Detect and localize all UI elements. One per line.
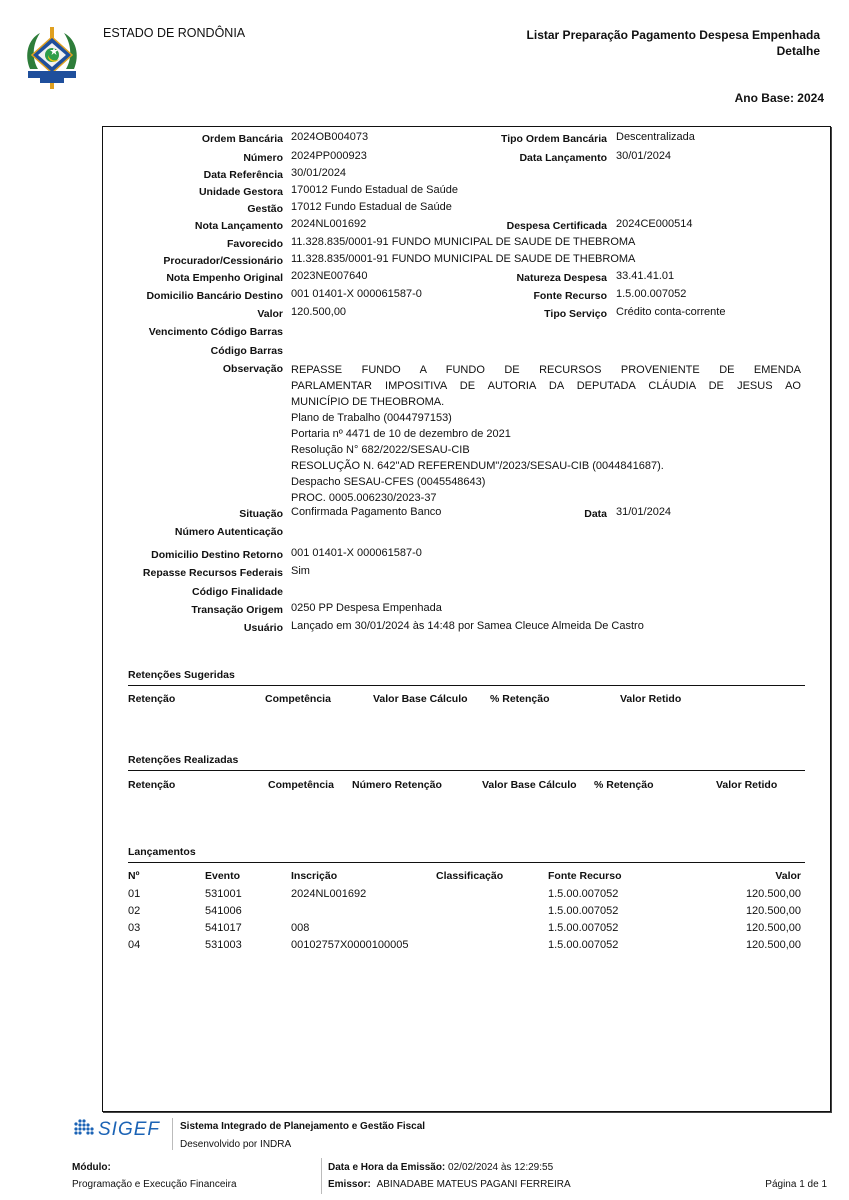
gestao-label: Gestão bbox=[247, 203, 283, 215]
gestao-value: 17012 Fundo Estadual de Saúde bbox=[291, 201, 452, 213]
data-referencia-label: Data Referência bbox=[204, 169, 283, 181]
system-name: Sistema Integrado de Planejamento e Gest… bbox=[180, 1121, 425, 1132]
emissor-label: Emissor: bbox=[328, 1179, 371, 1190]
column-header: Valor Base Cálculo bbox=[373, 693, 468, 705]
observacao-line: Plano de Trabalho (0044797153) bbox=[291, 410, 801, 426]
table-cell: 120.500,00 bbox=[746, 922, 801, 934]
favorecido-label: Favorecido bbox=[227, 238, 283, 250]
column-header: Retenção bbox=[128, 779, 175, 791]
state-name: ESTADO DE RONDÔNIA bbox=[103, 26, 245, 40]
observacao-line: PROC. 0005.006230/2023-37 bbox=[291, 490, 801, 506]
transacao-origem-value: 0250 PP Despesa Empenhada bbox=[291, 602, 442, 614]
footer-divider bbox=[321, 1158, 322, 1194]
table-cell: 008 bbox=[291, 922, 309, 934]
observacao-label: Observação bbox=[223, 363, 283, 375]
tipo-servico-label: Tipo Serviço bbox=[544, 308, 607, 320]
section-title: Retenções Realizadas bbox=[128, 754, 238, 766]
repasse-recursos-federais-label: Repasse Recursos Federais bbox=[143, 567, 283, 579]
despesa-certificada-value: 2024CE000514 bbox=[616, 218, 692, 230]
column-header: Competência bbox=[265, 693, 331, 705]
footer-divider bbox=[172, 1118, 173, 1150]
numero-autenticacao-label: Número Autenticação bbox=[175, 526, 283, 538]
tipo-ordem-bancaria-label: Tipo Ordem Bancária bbox=[501, 133, 607, 145]
report-title-main: Listar Preparação Pagamento Despesa Empe… bbox=[527, 27, 820, 43]
domicilio-destino-retorno-label: Domicilio Destino Retorno bbox=[151, 549, 283, 561]
emissor: Emissor: ABINADABE MATEUS PAGANI FERREIR… bbox=[328, 1179, 571, 1190]
column-header: Inscrição bbox=[291, 870, 337, 882]
data-label: Data bbox=[584, 508, 607, 520]
column-header: Competência bbox=[268, 779, 334, 791]
domicilio-destino-retorno-value: 001 01401-X 000061587-0 bbox=[291, 547, 422, 559]
section-title: Lançamentos bbox=[128, 846, 196, 858]
page-number: Página 1 de 1 bbox=[765, 1179, 827, 1190]
sigef-logo: SIGEF bbox=[72, 1116, 168, 1147]
data-referencia-value: 30/01/2024 bbox=[291, 167, 346, 179]
natureza-despesa-value: 33.41.41.01 bbox=[616, 270, 674, 282]
observacao-line: Resolução N° 682/2022/SESAU-CIB bbox=[291, 442, 801, 458]
procurador-label: Procurador/Cessionário bbox=[163, 255, 283, 267]
column-header: Valor bbox=[775, 870, 801, 882]
observacao-line: Portaria nº 4471 de 10 de dezembro de 20… bbox=[291, 426, 801, 442]
emissao: Data e Hora da Emissão: 02/02/2024 às 12… bbox=[328, 1162, 553, 1173]
modulo-value: Programação e Execução Financeira bbox=[72, 1179, 237, 1190]
report-title: Listar Preparação Pagamento Despesa Empe… bbox=[527, 27, 820, 59]
repasse-recursos-federais-value: Sim bbox=[291, 565, 310, 577]
column-header: Valor Retido bbox=[620, 693, 681, 705]
svg-text:SIGEF: SIGEF bbox=[98, 1119, 160, 1140]
table-cell: 541006 bbox=[205, 905, 242, 917]
nota-empenho-original-label: Nota Empenho Original bbox=[166, 272, 283, 284]
data-lancamento-label: Data Lançamento bbox=[519, 152, 607, 164]
nota-lancamento-label: Nota Lançamento bbox=[195, 220, 283, 232]
unidade-gestora-value: 170012 Fundo Estadual de Saúde bbox=[291, 184, 458, 196]
observacao-line: PARLAMENTAR IMPOSITIVA DE AUTORIA DA DEP… bbox=[291, 378, 801, 394]
table-cell: 1.5.00.007052 bbox=[548, 922, 618, 934]
unidade-gestora-label: Unidade Gestora bbox=[199, 186, 283, 198]
table-cell: 120.500,00 bbox=[746, 939, 801, 951]
column-header: Número Retenção bbox=[352, 779, 442, 791]
retencoes-sugeridas-section: Retenções Sugeridas bbox=[128, 669, 805, 681]
column-header: Valor Base Cálculo bbox=[482, 779, 577, 791]
column-header: Retenção bbox=[128, 693, 175, 705]
numero-value: 2024PP000923 bbox=[291, 150, 367, 162]
codigo-finalidade-label: Código Finalidade bbox=[192, 586, 283, 598]
observacao-line: REPASSE FUNDO A FUNDO DE RECURSOS PROVEN… bbox=[291, 362, 801, 378]
domicilio-bancario-destino-label: Domicilio Bancário Destino bbox=[146, 290, 283, 302]
fonte-recurso-label: Fonte Recurso bbox=[533, 290, 607, 302]
column-header: Nº bbox=[128, 870, 139, 882]
usuario-label: Usuário bbox=[244, 622, 283, 634]
emissao-label: Data e Hora da Emissão: bbox=[328, 1162, 445, 1173]
table-cell: 1.5.00.007052 bbox=[548, 905, 618, 917]
data-value: 31/01/2024 bbox=[616, 506, 671, 518]
observacao-line: RESOLUÇÃO N. 642"AD REFERENDUM"/2023/SES… bbox=[291, 458, 801, 474]
fonte-recurso-value: 1.5.00.007052 bbox=[616, 288, 686, 300]
table-cell: 02 bbox=[128, 905, 140, 917]
table-cell: 531001 bbox=[205, 888, 242, 900]
coat-of-arms-logo bbox=[22, 25, 82, 90]
lancamentos-section: Lançamentos bbox=[128, 846, 805, 858]
observacao-line: MUNICÍPIO DE THEOBROMA. bbox=[291, 394, 801, 410]
section-divider bbox=[128, 862, 805, 863]
situacao-value: Confirmada Pagamento Banco bbox=[291, 506, 441, 518]
codigo-barras-label: Código Barras bbox=[211, 345, 283, 357]
natureza-despesa-label: Natureza Despesa bbox=[517, 272, 607, 284]
observacao-line: Despacho SESAU-CFES (0045548643) bbox=[291, 474, 801, 490]
developed-by: Desenvolvido por INDRA bbox=[180, 1139, 291, 1150]
table-cell: 531003 bbox=[205, 939, 242, 951]
numero-label: Número bbox=[243, 152, 283, 164]
observacao-text: REPASSE FUNDO A FUNDO DE RECURSOS PROVEN… bbox=[291, 362, 801, 506]
valor-value: 120.500,00 bbox=[291, 306, 346, 318]
ordem-bancaria-label: Ordem Bancária bbox=[202, 133, 283, 145]
usuario-value: Lançado em 30/01/2024 às 14:48 por Samea… bbox=[291, 620, 644, 632]
report-title-sub: Detalhe bbox=[527, 43, 820, 59]
section-divider bbox=[128, 770, 805, 771]
data-lancamento-value: 30/01/2024 bbox=[616, 150, 671, 162]
table-cell: 1.5.00.007052 bbox=[548, 888, 618, 900]
retencoes-realizadas-section: Retenções Realizadas bbox=[128, 754, 805, 766]
table-cell: 541017 bbox=[205, 922, 242, 934]
vencimento-codigo-barras-label: Vencimento Código Barras bbox=[149, 326, 283, 338]
transacao-origem-label: Transação Origem bbox=[191, 604, 283, 616]
column-header: Evento bbox=[205, 870, 240, 882]
section-divider bbox=[128, 685, 805, 686]
valor-label: Valor bbox=[257, 308, 283, 320]
procurador-value: 11.328.835/0001-91 FUNDO MUNICIPAL DE SA… bbox=[291, 253, 635, 265]
situacao-label: Situação bbox=[239, 508, 283, 520]
table-cell: 120.500,00 bbox=[746, 888, 801, 900]
column-header: Fonte Recurso bbox=[548, 870, 622, 882]
table-cell: 01 bbox=[128, 888, 140, 900]
favorecido-value: 11.328.835/0001-91 FUNDO MUNICIPAL DE SA… bbox=[291, 236, 635, 248]
emissao-value: 02/02/2024 às 12:29:55 bbox=[448, 1162, 553, 1173]
ordem-bancaria-value: 2024OB004073 bbox=[291, 131, 368, 143]
modulo-label: Módulo: bbox=[72, 1162, 111, 1173]
nota-empenho-original-value: 2023NE007640 bbox=[291, 270, 367, 282]
column-header: Classificação bbox=[436, 870, 503, 882]
emissor-value: ABINADABE MATEUS PAGANI FERREIRA bbox=[377, 1179, 571, 1190]
table-cell: 03 bbox=[128, 922, 140, 934]
nota-lancamento-value: 2024NL001692 bbox=[291, 218, 366, 230]
column-header: % Retenção bbox=[490, 693, 550, 705]
tipo-servico-value: Crédito conta-corrente bbox=[616, 306, 725, 318]
table-cell: 1.5.00.007052 bbox=[548, 939, 618, 951]
column-header: Valor Retido bbox=[716, 779, 777, 791]
despesa-certificada-label: Despesa Certificada bbox=[507, 220, 607, 232]
table-cell: 00102757X0000100005 bbox=[291, 939, 408, 951]
section-title: Retenções Sugeridas bbox=[128, 669, 235, 681]
ano-base: Ano Base: 2024 bbox=[735, 91, 824, 105]
table-cell: 04 bbox=[128, 939, 140, 951]
tipo-ordem-bancaria-value: Descentralizada bbox=[616, 131, 695, 143]
domicilio-bancario-destino-value: 001 01401-X 000061587-0 bbox=[291, 288, 422, 300]
table-cell: 2024NL001692 bbox=[291, 888, 366, 900]
table-cell: 120.500,00 bbox=[746, 905, 801, 917]
column-header: % Retenção bbox=[594, 779, 654, 791]
